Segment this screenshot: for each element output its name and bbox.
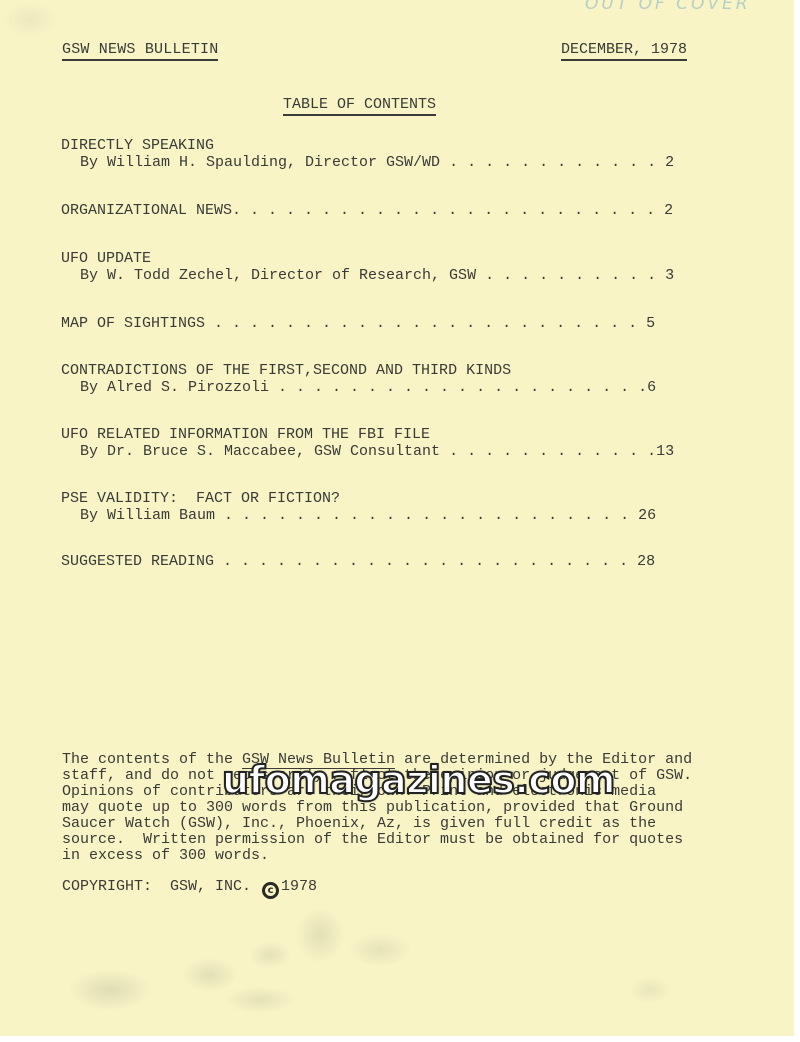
disclaimer-text: The contents of the [62,751,242,768]
toc-entry-byline: By Alred S. Pirozzoli . . . . . . . . . … [80,379,656,396]
toc-entry-title: UFO RELATED INFORMATION FROM THE FBI FIL… [61,426,430,443]
title-text: ORGANIZATIONAL NEWS [61,202,232,219]
toc-entry-title: ORGANIZATIONAL NEWS. . . . . . . . . . .… [61,202,673,219]
disclaimer-text: Saucer Watch (GSW), Inc., Phoenix, Az, i… [62,815,656,832]
copyright-year: 1978 [281,878,317,895]
leader-and-page: . . . . . . . . . . . . . . . . . . . . … [214,553,655,570]
copyright-icon: c [262,882,279,899]
copyright-notice: COPYRIGHT: GSW, INC. c1978 [62,878,317,899]
toc-entry-byline: By W. Todd Zechel, Director of Research,… [80,267,674,284]
toc-title: TABLE OF CONTENTS [283,96,436,116]
toc-entry-byline: By William Baum . . . . . . . . . . . . … [80,507,656,524]
toc-entry-title: MAP OF SIGHTINGS . . . . . . . . . . . .… [61,315,655,332]
toc-entry-title: PSE VALIDITY: FACT OR FICTION? [61,490,340,507]
leader-and-page: . . . . . . . . . . . .13 [440,443,674,460]
title-text: SUGGESTED READING [61,553,214,570]
toc-entry-title: DIRECTLY SPEAKING [61,137,214,154]
byline-text: By William H. Spaulding, Director GSW/WD [80,154,440,171]
disclaimer-text: in excess of 300 words. [62,847,269,864]
issue-date: DECEMBER, 1978 [561,41,687,61]
publication-title: GSW NEWS BULLETIN [62,41,218,61]
leader-and-page: . . . . . . . . . . . . 2 [440,154,674,171]
leader-and-page: . . . . . . . . . . 3 [476,267,674,284]
disclaimer-text: source. Written permission of the Editor… [62,831,683,848]
leader-and-page: . . . . . . . . . . . . . . . . . . . . … [205,315,655,332]
leader-and-page: . . . . . . . . . . . . . . . . . . . . … [232,202,673,219]
toc-entry-byline: By Dr. Bruce S. Maccabee, GSW Consultant… [80,443,674,460]
leader-and-page: . . . . . . . . . . . . . . . . . . . . … [269,379,656,396]
title-text: MAP OF SIGHTINGS [61,315,205,332]
byline-text: By William Baum [80,507,215,524]
byline-text: By Alred S. Pirozzoli [80,379,269,396]
toc-entry-title: CONTRADICTIONS OF THE FIRST,SECOND AND T… [61,362,511,379]
watermark: ufomagazines.com [222,761,615,799]
byline-text: By W. Todd Zechel, Director of Research,… [80,267,476,284]
leader-and-page: . . . . . . . . . . . . . . . . . . . . … [215,507,656,524]
toc-entry-byline: By William H. Spaulding, Director GSW/WD… [80,154,674,171]
copyright-label: COPYRIGHT: GSW, INC. [62,878,251,895]
toc-entry-title: SUGGESTED READING . . . . . . . . . . . … [61,553,655,570]
handwritten-note: OUT OF COVER [585,0,751,14]
byline-text: By Dr. Bruce S. Maccabee, GSW Consultant [80,443,440,460]
document-page: OUT OF COVER GSW NEWS BULLETIN DECEMBER,… [0,0,794,1036]
toc-entry-title: UFO UPDATE [61,250,151,267]
